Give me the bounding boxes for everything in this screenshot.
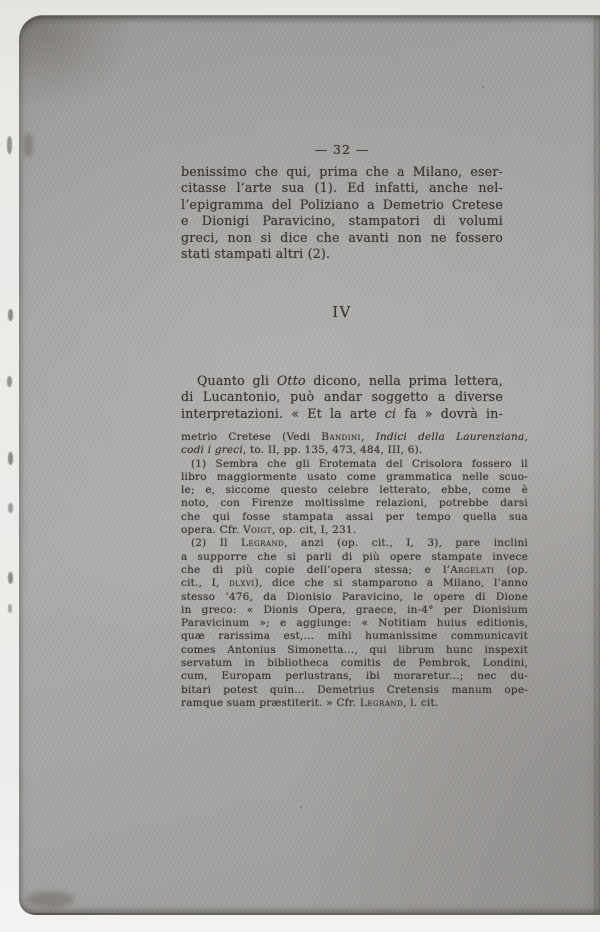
footnote-2: (2) Il Legrand, anzi (op. cit., I, 3), p… (181, 537, 528, 710)
text-segment: Argelati (450, 564, 494, 576)
text-segment: e Dionigi Paravicino, stampatori di volu… (181, 213, 503, 228)
corner-smudge (26, 891, 74, 908)
text-segment: metrio Cretese (Vedi (181, 431, 321, 443)
text-segment: Indici della Laurenziana, (376, 431, 528, 443)
text-line: stati stampati altri (2). (181, 246, 503, 262)
footnotes-block: metrio Cretese (Vedi Bandini, Indici del… (181, 431, 528, 710)
main-paragraph: benissimo che qui, prima che a Milano, e… (181, 164, 503, 262)
text-segment: libro maggiormente usato come grammatica… (181, 471, 528, 483)
text-segment: fa » dovrà in- (396, 406, 503, 421)
text-segment: stesso ’476, da Dionisio Paravicino, le … (181, 591, 528, 603)
text-segment: , (361, 431, 376, 443)
text-segment: stati stampati altri (2). (181, 246, 330, 261)
text-segment: di Lucantonio, può andar soggetto a dive… (181, 389, 503, 404)
text-segment: , l. cit. (403, 697, 438, 709)
text-line: metrio Cretese (Vedi Bandini, Indici del… (181, 431, 528, 444)
second-paragraph: Quanto gli Otto dicono, nella prima lett… (181, 373, 503, 422)
text-line: di Lucantonio, può andar soggetto a dive… (181, 389, 503, 405)
text-line: opera. Cfr. Voigt, op. cit, I, 231. (181, 524, 528, 537)
text-line: (2) Il Legrand, anzi (op. cit., I, 3), p… (181, 537, 528, 550)
scanner-background: { "document": { "page_number": "— 32 —",… (0, 0, 600, 932)
text-segment: greci, non si dice che avanti non ne fos… (181, 230, 503, 245)
text-segment: in greco: « Dionis Opera, graece, in-4° … (181, 604, 528, 616)
binding-mark (8, 604, 12, 613)
text-segment: citasse l’arte sua (1). Ed infatti, anch… (181, 180, 503, 195)
text-segment: Otto (277, 373, 306, 388)
text-line: greci, non si dice che avanti non ne fos… (181, 230, 503, 246)
text-line: in greco: « Dionis Opera, graece, in-4° … (181, 604, 528, 617)
text-line: Paravicinum »; e aggiunge: « Notitiam hu… (181, 617, 528, 630)
binding-mark (8, 572, 13, 584)
text-line: che qui fosse stampata assai per tempo q… (181, 511, 528, 524)
text-line: bitari potest quin... Demetrius Cretensi… (181, 684, 528, 697)
text-line: che di più copie dell’opera stessa; e l’… (181, 564, 528, 577)
dust-speck (388, 702, 390, 704)
text-segment: le; e, siccome questo celebre letterato,… (181, 484, 528, 496)
text-line: cum, Europam perlustrans, ibi moraretur.… (181, 670, 528, 683)
text-segment: noto, con Firenze moltissime relazioni, … (181, 497, 528, 509)
text-segment: servatum in bibliotheca comitis de Pembr… (181, 657, 528, 669)
text-segment: , op. cit, I, 231. (272, 524, 356, 536)
page-number: — 32 — (181, 142, 503, 157)
text-segment: bitari potest quin... Demetrius Cretensi… (181, 684, 528, 696)
text-segment: a supporre che si parli di più opere sta… (181, 551, 528, 563)
text-line: le; e, siccome questo celebre letterato,… (181, 484, 528, 497)
text-line: codi i greci, to. II, pp. 135, 473, 484,… (181, 444, 528, 457)
binding-mark (8, 452, 13, 465)
text-segment: codi i greci (181, 444, 243, 456)
text-segment: cum, Europam perlustrans, ibi moraretur.… (181, 670, 528, 682)
text-line: (1) Sembra che gli Erotemata del Crisolo… (181, 458, 528, 471)
text-line: ramque suam præstiterit. » Cfr. Legrand,… (181, 697, 528, 710)
text-segment: Quanto gli (197, 373, 277, 388)
text-segment: dlxvi (229, 577, 255, 589)
text-line: quæ rarissima est,... mihi humanissime c… (181, 630, 528, 643)
text-segment: dicono, nella prima lettera, (306, 373, 503, 388)
text-segment: l’epigramma del Poliziano a Demetrio Cre… (181, 197, 503, 212)
text-segment: (op. (495, 564, 529, 576)
footnote-1: (1) Sembra che gli Erotemata del Crisolo… (181, 458, 528, 538)
text-line: cit., I, dlxvi), dice che si stamparono … (181, 577, 528, 590)
text-segment: interpretazioni. « Et la arte (181, 406, 385, 421)
section-heading: IV (181, 305, 503, 321)
binding-mark (8, 503, 13, 513)
text-line: stesso ’476, da Dionisio Paravicino, le … (181, 591, 528, 604)
text-segment: ramque suam præstiterit. » Cfr. (181, 697, 360, 709)
text-segment: comes Antonius Simonetta..., qui librum … (181, 644, 528, 656)
text-segment: che qui fosse stampata assai per tempo q… (181, 511, 528, 523)
text-segment: quæ rarissima est,... mihi humanissime c… (181, 630, 528, 642)
text-segment: benissimo che qui, prima che a Milano, e… (181, 164, 503, 179)
text-segment: cit., I, (181, 577, 229, 589)
footnote-continuation: metrio Cretese (Vedi Bandini, Indici del… (181, 431, 528, 458)
dust-speck (482, 86, 484, 88)
text-segment: , anzi (op. cit., I, 3), pare inclini (284, 537, 528, 549)
binding-mark (7, 376, 12, 387)
text-segment: opera. Cfr. (181, 524, 243, 536)
text-line: noto, con Firenze moltissime relazioni, … (181, 497, 528, 510)
text-line: citasse l’arte sua (1). Ed infatti, anch… (181, 180, 503, 196)
text-segment: che di più copie dell’opera stessa; e l’ (181, 564, 450, 576)
text-line: benissimo che qui, prima che a Milano, e… (181, 164, 503, 180)
text-segment: (2) Il (191, 537, 241, 549)
text-segment: Voigt (243, 524, 272, 536)
text-segment: Legrand (241, 537, 284, 549)
text-segment: Bandini (321, 431, 361, 443)
text-segment: , to. II, pp. 135, 473, 484, III, 6). (243, 444, 423, 456)
text-segment: Paravicinum »; e aggiunge: « Notitiam hu… (181, 617, 528, 629)
scanned-page: — 32 — benissimo che qui, prima che a Mi… (19, 15, 600, 915)
binding-mark (24, 133, 33, 157)
text-line: comes Antonius Simonetta..., qui librum … (181, 644, 528, 657)
text-line: l’epigramma del Poliziano a Demetrio Cre… (181, 197, 503, 213)
dust-speck (300, 806, 302, 808)
text-segment: (1) Sembra che gli Erotemata del Crisolo… (191, 458, 528, 470)
text-segment: ), dice che si stamparono a Milano, l’an… (255, 577, 528, 589)
text-line: e Dionigi Paravicino, stampatori di volu… (181, 213, 503, 229)
text-segment: ci (385, 406, 396, 421)
text-line: servatum in bibliotheca comitis de Pembr… (181, 657, 528, 670)
text-line: a supporre che si parli di più opere sta… (181, 551, 528, 564)
binding-mark (8, 309, 13, 321)
text-line: libro maggiormente usato come grammatica… (181, 471, 528, 484)
text-segment: Legrand (360, 697, 403, 709)
text-line: interpretazioni. « Et la arte ci fa » do… (181, 406, 503, 422)
binding-mark (7, 136, 12, 154)
text-line: Quanto gli Otto dicono, nella prima lett… (181, 373, 503, 389)
